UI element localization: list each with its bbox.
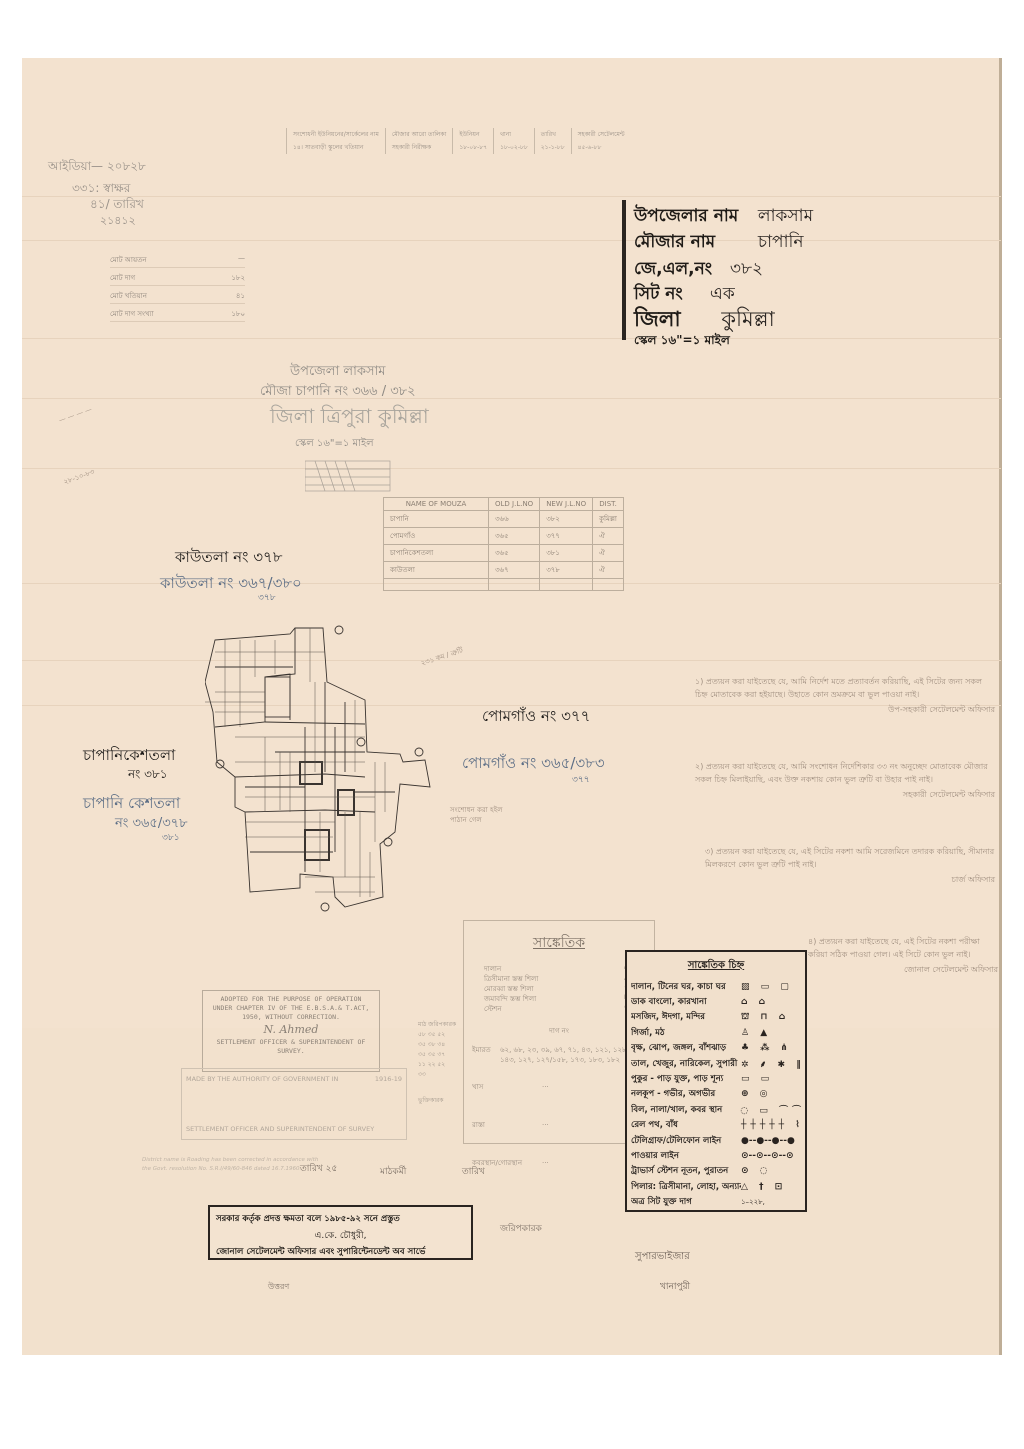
- table-cell: ৩৮২: [540, 511, 593, 528]
- ruled-line: [22, 196, 1001, 197]
- table-cell: তারিখ: [534, 128, 571, 141]
- district-correction-note: District name is Roading has been correc…: [142, 1156, 318, 1174]
- signature-note: সুপারভাইজার: [635, 1250, 690, 1264]
- signature-note: তারিখ ২৫: [300, 1162, 337, 1176]
- old-district: জিলা ত্রিপুরা কুমিল্লা: [270, 402, 429, 435]
- certification-note: ২) প্রত্যয়ন করা যাইতেছে যে, আমি সংশোধন …: [695, 760, 995, 801]
- legend-label: তাল, খেজুর, নারিকেল, সুপারী: [631, 1057, 741, 1071]
- register-label: মোট আয়তন: [110, 254, 147, 267]
- table-cell: কাউতলা: [384, 562, 489, 579]
- symbol-label: স্টেশন: [484, 1003, 624, 1013]
- stamp-text: UNDER CHAPTER IV OF THE E.B.S.A.& T.ACT,: [203, 1004, 379, 1013]
- legend-row: অত্র সিট যুক্ত দাগ১–২২৮,: [627, 1194, 805, 1209]
- power-line-icon: ⊙--⊙--⊙--⊙: [741, 1151, 805, 1161]
- symbol-label: দালান: [484, 963, 624, 973]
- legend-row: ডাক বাংলো, কারখানা⌂ ⌂: [627, 994, 805, 1009]
- legend-label: বৃক্ষ, ঝোপ, জঙ্গল, বাঁশঝাড়: [631, 1041, 741, 1055]
- legend-box: সাঙ্কেতিক চিহ্ন দালান, টিনের ঘর, কাচা ঘর…: [625, 950, 807, 1212]
- legend-label: মসজিদ, ঈদগা, মন্দির: [631, 1010, 741, 1024]
- table-cell: ঐ: [593, 545, 624, 562]
- bungalow-factory-icon: ⌂ ⌂: [741, 997, 805, 1007]
- table-cell: ৩৬৫: [489, 545, 540, 562]
- legend-label: টেলিগ্রাফ/টেলিফোন লাইন: [631, 1134, 741, 1148]
- signature: N. Ahmed: [203, 1022, 379, 1038]
- sheet-value: এক: [710, 284, 735, 304]
- note-number: ১): [695, 677, 703, 686]
- title-bar-marker: [622, 200, 626, 340]
- adjacent-mouza-north-old: কাউতলা নং ৩৬৭/৩৮০: [160, 572, 302, 597]
- legend-label: রেল পথ, বাঁধ: [631, 1118, 741, 1132]
- table-row: চাপানি ৩৬৬ ৩৮২ কুমিল্লা: [384, 511, 624, 528]
- stamp-text: 1950, WITHOUT CORRECTION.: [203, 1013, 379, 1022]
- marsh-canal-icon: ◌ ▭ ⌒⌒: [740, 1103, 805, 1116]
- adjacent-mouza-west-no: নং ৩৮১: [128, 766, 168, 786]
- legend-row: রেল পথ, বাঁধ┼┼┼┼┼ ⌇: [627, 1118, 805, 1133]
- signature-note: খানাপুরী: [660, 1280, 690, 1294]
- table-cell: চাপানি: [384, 511, 489, 528]
- note-text: প্রত্যয়ন করা যাইতেছে যে, এই সিটের নকশা …: [808, 937, 980, 959]
- legend-label: গির্জা, মঠ: [631, 1026, 741, 1040]
- table-cell: ১৪। সাতবাড়ী স্কুলের খতিয়ান: [287, 141, 386, 154]
- pencil-note: সংশোধন করা হইলপাঠান গেল: [450, 805, 503, 825]
- traverse-station-icon: ⊙ ◌: [741, 1166, 805, 1176]
- plot-range: ১–২২৮,: [741, 1196, 805, 1208]
- legend-row: নলকূপ - গভীর, অগভীর⊕ ◎: [627, 1087, 805, 1102]
- survey-column: মাঠ জরিপকারক ৫৮ ৩৫ ৫২৩৫ ৩৮ ৩৪৩৫ ৩৫ ৩৭১১ …: [418, 1020, 462, 1106]
- upazila-row: উপজেলার নাম লাকসাম: [634, 203, 813, 231]
- legend-row: দালান, টিনের ঘর, কাচা ঘর▨ ▭ ▢: [627, 979, 805, 994]
- table-header: DIST.: [593, 498, 624, 511]
- mosque-temple-icon: ⛫ ⊓ ⌂: [741, 1012, 805, 1023]
- table-row: কাউতলা ৩৬৭ ৩৭৮ ঐ: [384, 562, 624, 579]
- note-text: District name is Roading has been correc…: [142, 1156, 318, 1165]
- register-label: মোট দাগ সংখ্যা: [110, 308, 154, 321]
- table-cell: ৩৬৭: [489, 562, 540, 579]
- note-signature: সহকারী সেটেলমেন্ট অফিসার: [695, 788, 995, 801]
- legend-row: পুকুর - পাড় যুক্ত, পাড় শূন্য▭ ▭: [627, 1071, 805, 1086]
- note-text: প্রত্যয়ন করা যাইতেছে যে, আমি সংশোধন নির…: [695, 762, 988, 784]
- legend-row: মসজিদ, ঈদগা, মন্দির⛫ ⊓ ⌂: [627, 1010, 805, 1025]
- table-cell: ঐ: [593, 562, 624, 579]
- stamp-text: SETTLEMENT OFFICER & SUPERINTENDENT OF: [203, 1038, 379, 1047]
- note-text: প্রত্যয়ন করা যাইতেছে যে, আমি নির্দেশ মত…: [695, 677, 982, 699]
- table-cell: কুমিল্লা: [593, 511, 624, 528]
- table-cell: পোমগাঁও: [384, 528, 489, 545]
- table-cell: ২১-১-৮৮: [534, 141, 571, 154]
- table-cell: [540, 579, 593, 591]
- signature-note: তারিখ: [462, 1165, 485, 1179]
- stamp-text: SURVEY.: [203, 1047, 379, 1056]
- stamp-text: সরকার কর্তৃক প্রদত্ত ক্ষমতা বলে ১৯৮৫-৯২ …: [216, 1212, 465, 1226]
- certification-note: ১) প্রত্যয়ন করা যাইতেছে যে, আমি নির্দেশ…: [695, 675, 995, 716]
- pencil-note: ২১৪১২: [100, 212, 136, 231]
- plot-category: খাস: [472, 1081, 542, 1093]
- ruled-line: [22, 398, 1001, 399]
- legend-row: তাল, খেজুর, নারিকেল, সুপারী✲ ⸙ ✱ ‖: [627, 1056, 805, 1071]
- legend-row: ট্রাভার্স স্টেশন নূতন, পুরাতন⊙ ◌: [627, 1164, 805, 1179]
- plot-numbers: ...: [542, 1081, 549, 1093]
- table-cell: মৌজার আরো তালিকা: [385, 128, 453, 141]
- sheet-edge: [999, 58, 1002, 1355]
- table-cell: ৩৮১: [540, 545, 593, 562]
- table-cell: [489, 579, 540, 591]
- table-row: চাপানিকেশতলা ৩৬৫ ৩৮১ ঐ: [384, 545, 624, 562]
- upazila-label: উপজেলার নাম: [634, 203, 752, 231]
- note-number: ২): [695, 762, 703, 771]
- old-mouza: মৌজা চাপানি নং ৩৬৬ / ৩৮২: [260, 382, 416, 403]
- table-cell: ৩৬৫: [489, 528, 540, 545]
- area-register: মোট আয়তন — মোট দাগ ১৮২ মোট খতিয়ান ৪১ ম…: [110, 254, 245, 322]
- adjacent-mouza-north-sub: ৩৭৮: [258, 590, 276, 605]
- palm-tree-icon: ✲ ⸙ ✱ ‖: [741, 1057, 805, 1070]
- cadastral-map: [205, 612, 435, 912]
- legend-row: গির্জা, মঠ♙ ▲: [627, 1025, 805, 1040]
- adjacent-mouza-north: কাউতলা নং ৩৭৮: [175, 546, 283, 571]
- symbol-label: ত্রিসীমানা স্তম্ভ শিলা: [484, 973, 624, 983]
- register-value: —: [238, 254, 245, 267]
- legend-row: বিল, নালা/খাল, কবর স্থান◌ ▭ ⌒⌒: [627, 1102, 805, 1117]
- legend-row: পাওয়ার লাইন⊙--⊙--⊙--⊙: [627, 1148, 805, 1163]
- note-text: the Govt. resolution No. S.R.I/49/60-846…: [142, 1165, 318, 1174]
- table-cell: সংশোধনী ইউনিয়নের/সার্কেলের নাম: [287, 128, 386, 141]
- note-signature: উপ-সহকারী সেটেলমেন্ট অফিসার: [695, 703, 995, 716]
- legend-label: অত্র সিট যুক্ত দাগ: [631, 1195, 741, 1209]
- adjacent-mouza-east-sub: ৩৭৭: [572, 772, 590, 787]
- legend-title: সাঙ্কেতিক চিহ্ন: [627, 958, 805, 975]
- legend-label: নলকূপ - গভীর, অগভীর: [631, 1087, 741, 1101]
- revision-table: সংশোধনী ইউনিয়নের/সার্কেলের নাম মৌজার আর…: [286, 128, 631, 154]
- register-label: মোট খতিয়ান: [110, 290, 147, 303]
- legend-label: ট্রাভার্স স্টেশন নূতন, পুরাতন: [631, 1164, 741, 1178]
- certification-note: ৩) প্রত্যয়ন করা যাইতেছে যে, এই সিটের নক…: [705, 845, 995, 886]
- legend-label: ডাক বাংলো, কারখানা: [631, 995, 741, 1009]
- church-math-icon: ♙ ▲: [741, 1028, 805, 1038]
- scale-label: স্কেল ১৬"=১ মাইল: [634, 332, 730, 352]
- mouza-row: মৌজার নাম চাপানি: [634, 229, 804, 257]
- plot-category: ইমারত: [472, 1045, 500, 1065]
- table-row: পোমগাঁও ৩৬৫ ৩৭৭ ঐ: [384, 528, 624, 545]
- tubewell-icon: ⊕ ◎: [741, 1089, 805, 1099]
- table-cell: থানা: [494, 128, 535, 141]
- symbol-label: মোরব্বা স্তম্ভ শিলা: [484, 983, 624, 993]
- register-value: ১৮০: [231, 308, 245, 321]
- jl-row: জে,এল,নং ৩৮২: [634, 256, 763, 284]
- authority-stamp: MADE BY THE AUTHORITY OF GOVERNMENT IN 1…: [181, 1068, 407, 1140]
- mouza-label: মৌজার নাম: [634, 229, 752, 257]
- old-scale: স্কেল ১৬"=১ মাইল: [295, 436, 374, 453]
- legend-row: বৃক্ষ, ঝোপ, জঙ্গল, বাঁশঝাড়♣ ⁂ ⋔: [627, 1041, 805, 1056]
- railway-icon: ┼┼┼┼┼ ⌇: [741, 1120, 805, 1130]
- tree-jungle-icon: ♣ ⁂ ⋔: [741, 1043, 805, 1053]
- adjacent-mouza-west-sub: ৩৮১: [162, 830, 180, 845]
- table-row: [384, 579, 624, 591]
- ruled-line: [22, 660, 1001, 661]
- legend-row: টেলিগ্রাফ/টেলিফোন লাইন●--●--●--●: [627, 1133, 805, 1148]
- table-header: NAME OF MOUZA: [384, 498, 489, 511]
- building-types-icon: ▨ ▭ ▢: [741, 982, 805, 992]
- survey-column-title: মাঠ জরিপকারক: [418, 1020, 462, 1030]
- ruled-line: [22, 338, 1001, 339]
- register-value: ৪১: [236, 290, 245, 303]
- table-cell: চাপানিকেশতলা: [384, 545, 489, 562]
- note-signature: চার্জ অফিসার: [705, 873, 995, 886]
- note-text: প্রত্যয়ন করা যাইতেছে যে, এই সিটের নকশা …: [705, 847, 994, 869]
- table-cell: ৩৬৬: [489, 511, 540, 528]
- plot-numbers: ...: [542, 1157, 549, 1169]
- table-cell: সহকারী নিরীক্ষক: [385, 141, 453, 154]
- signature: এ.কে. চৌধুরী,: [216, 1228, 465, 1243]
- table-header: OLD J.L.NO: [489, 498, 540, 511]
- note-signature: জোনাল সেটেলমেন্ট অফিসার: [808, 963, 998, 976]
- pond-icon: ▭ ▭: [741, 1074, 805, 1084]
- mouza-table: NAME OF MOUZA OLD J.L.NO NEW J.L.NO DIST…: [383, 497, 624, 591]
- ruled-line: [22, 240, 1001, 241]
- signature-note: উত্তরণ: [268, 1280, 289, 1294]
- table-cell: ইউনিয়ন: [453, 128, 494, 141]
- telegraph-line-icon: ●--●--●--●: [741, 1136, 805, 1146]
- legend-label: বিল, নালা/খাল, কবর স্থান: [631, 1103, 740, 1117]
- signature-note: মাঠকর্মী: [380, 1165, 406, 1179]
- jl-value: ৩৮২: [730, 259, 763, 279]
- plot-category: রাস্তা: [472, 1119, 542, 1131]
- jl-label: জে,এল,নং: [634, 256, 724, 284]
- symbol-label: জমাবন্দি স্তম্ভ শিলা: [484, 993, 624, 1003]
- upazila-value: লাকসাম: [758, 206, 813, 226]
- register-value: ১৮২: [231, 272, 245, 285]
- signature-note: জরিপকারক: [500, 1222, 542, 1236]
- pencil-note: আইডিয়া— ২০৮২৮: [48, 158, 146, 178]
- table-cell: [593, 579, 624, 591]
- old-upazila: উপজেলা লাকসাম: [290, 362, 386, 383]
- ruled-line: [22, 468, 1001, 469]
- table-cell: ১৮-০৮-৮৭: [453, 141, 494, 154]
- stamp-text: জোনাল সেটেলমেন্ট অফিসার এবং সুপারিন্টেনড…: [216, 1245, 465, 1259]
- adoption-stamp: ADOPTED FOR THE PURPOSE OF OPERATION UND…: [202, 990, 380, 1072]
- legend-row: পিলার: ত্রিসীমানা, লোহা, অন্যান্য△ † ⊡: [627, 1179, 805, 1194]
- stamp-text: MADE BY THE AUTHORITY OF GOVERNMENT IN: [186, 1075, 338, 1083]
- note-number: ৩): [705, 847, 713, 856]
- table-cell: ১৮-০২-৮৮: [494, 141, 535, 154]
- legend-label: দালান, টিনের ঘর, কাচা ঘর: [631, 980, 741, 994]
- scale-bar-graphic: [305, 455, 415, 495]
- survey-column-footer: ভুক্তিকারক: [418, 1096, 462, 1106]
- legend-label: পিলার: ত্রিসীমানা, লোহা, অন্যান্য: [631, 1180, 741, 1194]
- register-label: মোট দাগ: [110, 272, 135, 285]
- table-cell: সহকারী সেটেলমেন্ট: [571, 128, 631, 141]
- district-value: কুমিল্লা: [721, 307, 774, 331]
- legend-label: পাওয়ার লাইন: [631, 1149, 741, 1163]
- stamp-year: 1916-19: [375, 1075, 402, 1083]
- table-cell: ৩৭৭: [540, 528, 593, 545]
- table-header: NEW J.L.NO: [540, 498, 593, 511]
- note-number: ৪): [808, 937, 816, 946]
- table-cell: ঐ: [593, 528, 624, 545]
- adjacent-mouza-east: পোমগাঁও নং ৩৭৭: [482, 705, 590, 730]
- legend-label: পুকুর - পাড় যুক্ত, পাড় শূন্য: [631, 1072, 741, 1086]
- certification-note: ৪) প্রত্যয়ন করা যাইতেছে যে, এই সিটের নক…: [808, 935, 998, 976]
- table-cell: ৪৫-৬-৮৮: [571, 141, 631, 154]
- mouza-value: চাপানি: [758, 232, 804, 252]
- table-cell: ৩৭৮: [540, 562, 593, 579]
- stamp-text: SETTLEMENT OFFICER AND SUPERINTENDENT OF…: [186, 1125, 402, 1133]
- plot-numbers: ...: [542, 1119, 549, 1131]
- pillar-icon: △ † ⊡: [741, 1182, 805, 1192]
- stamp-text: ADOPTED FOR THE PURPOSE OF OPERATION: [203, 995, 379, 1004]
- table-cell: [384, 579, 489, 591]
- government-stamp: সরকার কর্তৃক প্রদত্ত ক্ষমতা বলে ১৯৮৫-৯২ …: [208, 1205, 473, 1260]
